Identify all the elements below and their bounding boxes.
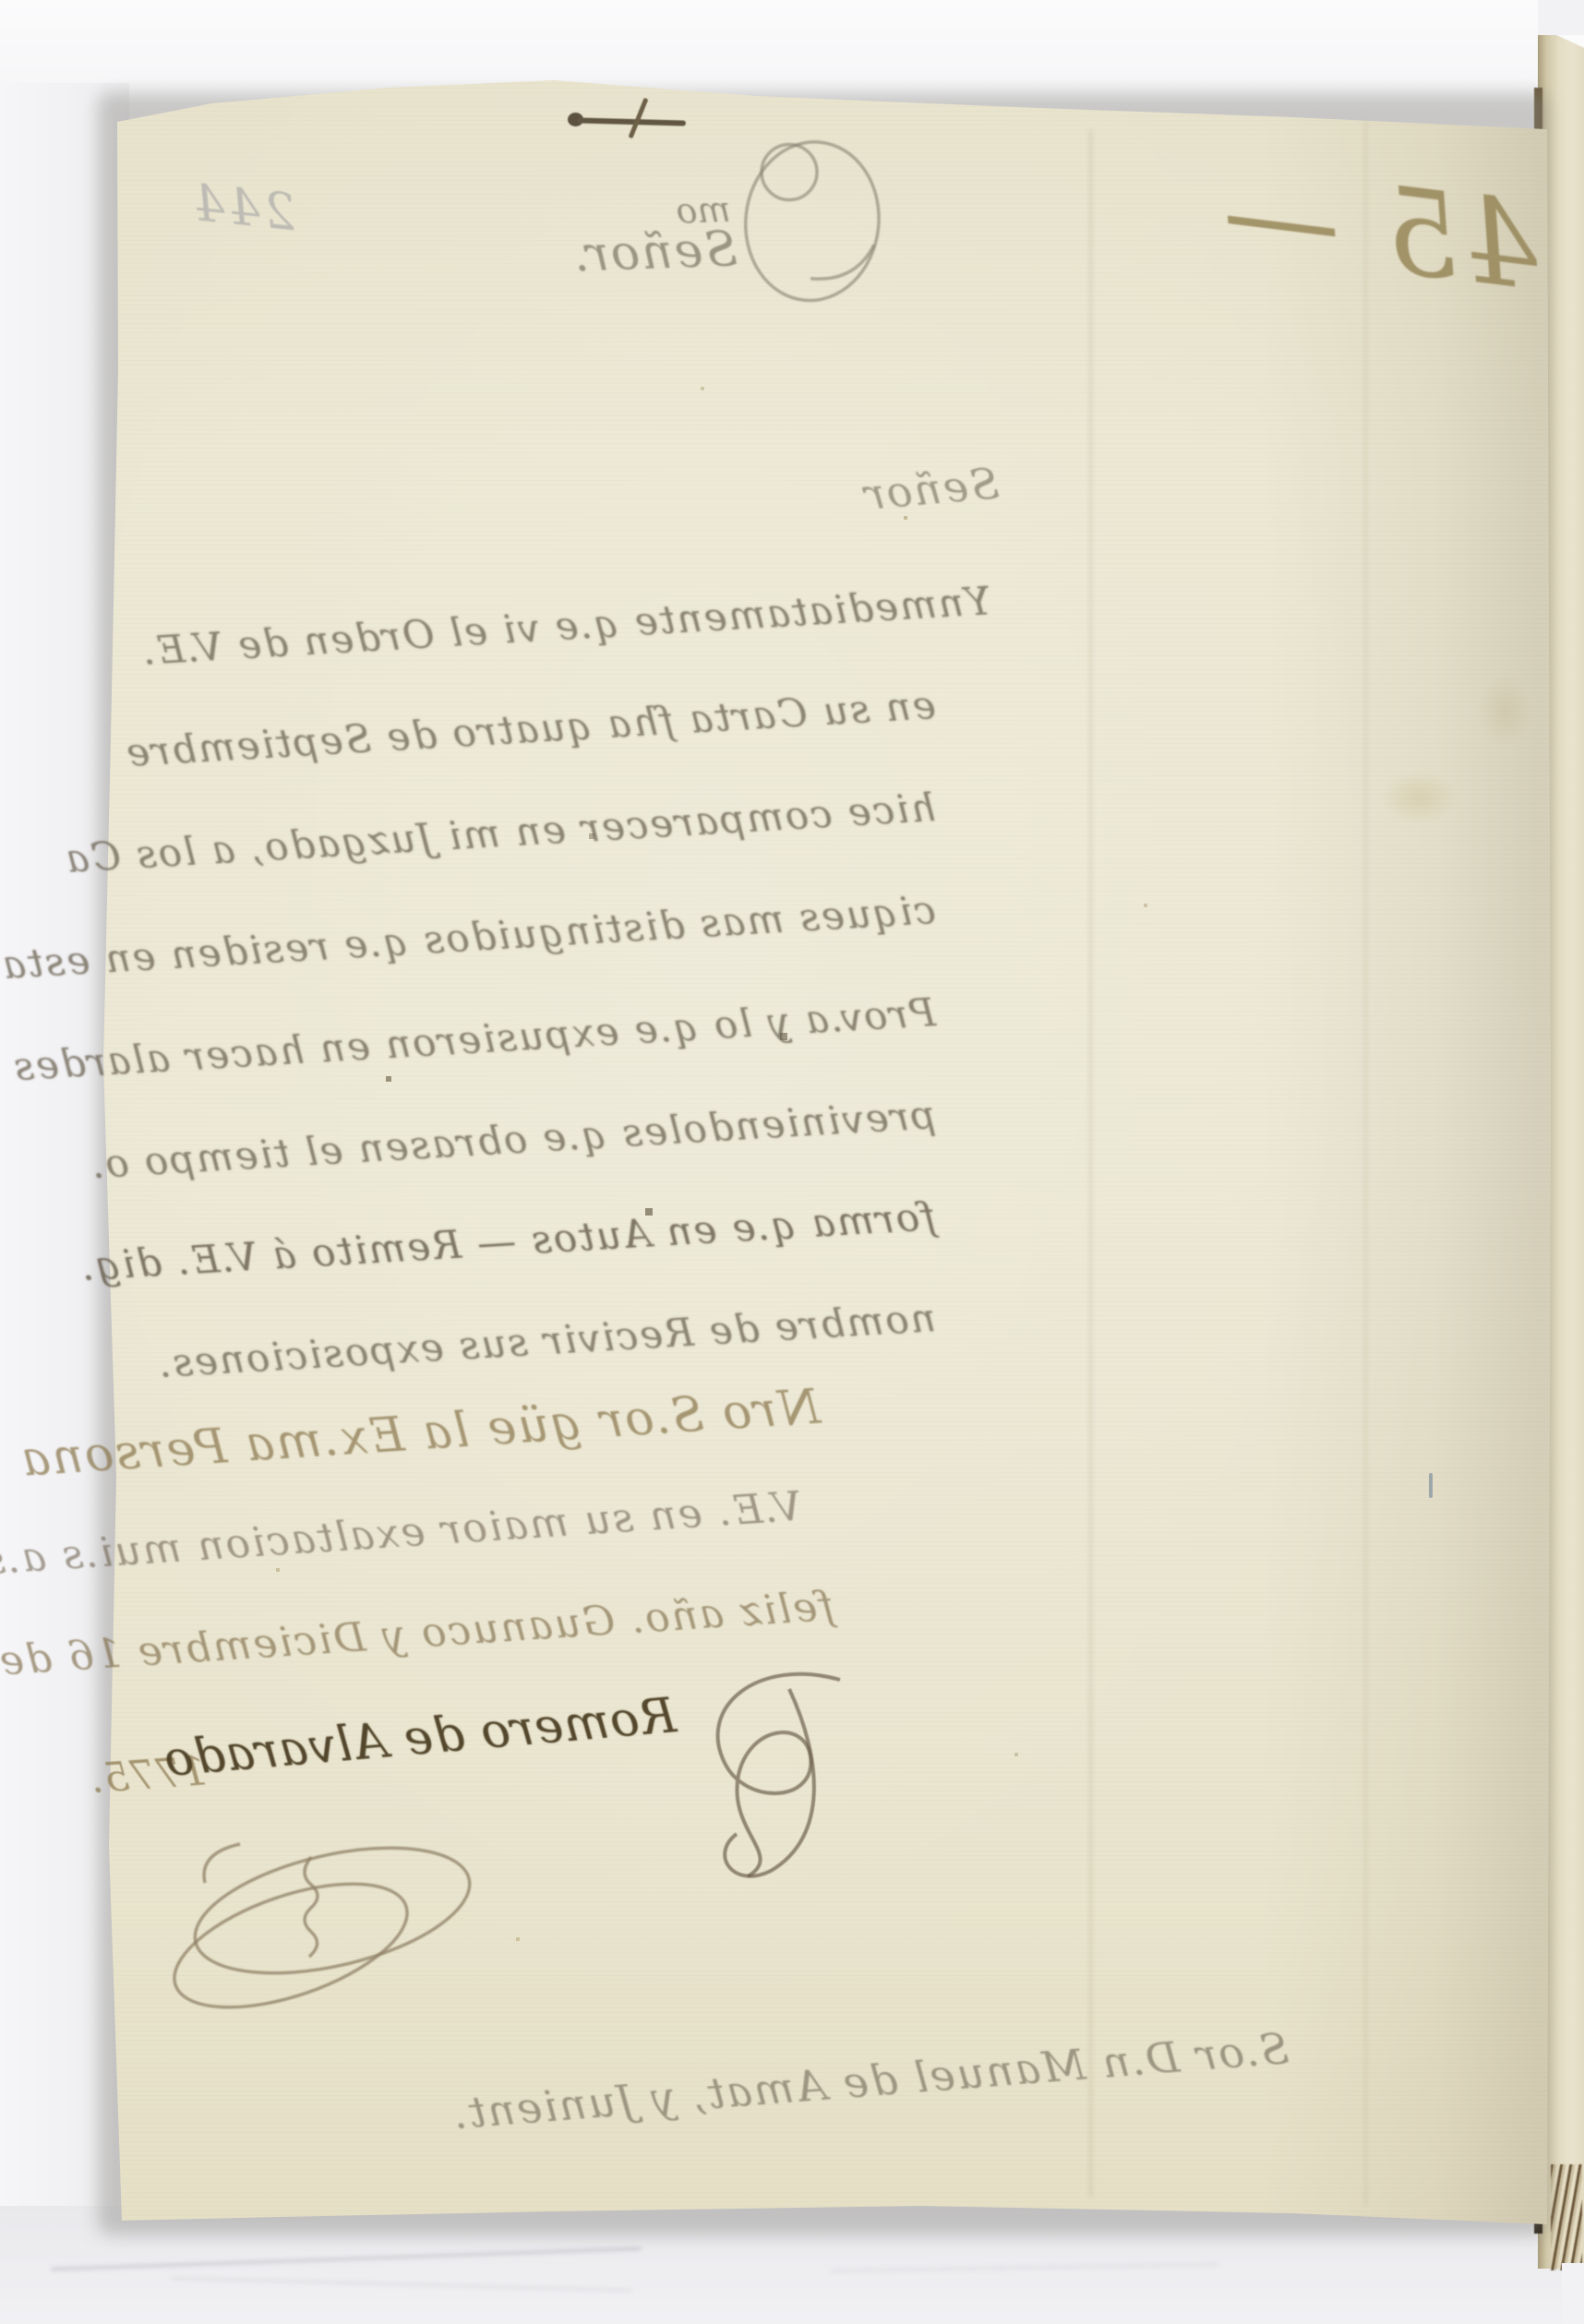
rubric-circle-flourish xyxy=(735,126,889,311)
blue-edge-mark xyxy=(1429,1473,1433,1498)
cross-mark-bar xyxy=(577,117,686,126)
salutation: Señor xyxy=(813,458,1006,575)
paper-fold-crease xyxy=(1364,120,1367,2206)
paper-chain-line xyxy=(1089,129,1092,2197)
paper-fiber-specks xyxy=(0,0,2,2)
signature-rubric-oval xyxy=(152,1809,475,2026)
signature-ex-flourish xyxy=(646,1657,886,1887)
invocation-word: Señor. xyxy=(571,222,738,283)
scanned-manuscript-page: { "page": { "description_marks": { "foli… xyxy=(0,0,1584,2324)
paper-stain xyxy=(1380,771,1458,824)
paper-stain xyxy=(1477,674,1532,748)
binding-tail xyxy=(1551,2164,1582,2270)
background-bottom-right xyxy=(1562,2263,1584,2324)
invocation-header: mo Señor. xyxy=(454,126,890,326)
folio-number-ink: 45 — xyxy=(1222,144,1547,365)
